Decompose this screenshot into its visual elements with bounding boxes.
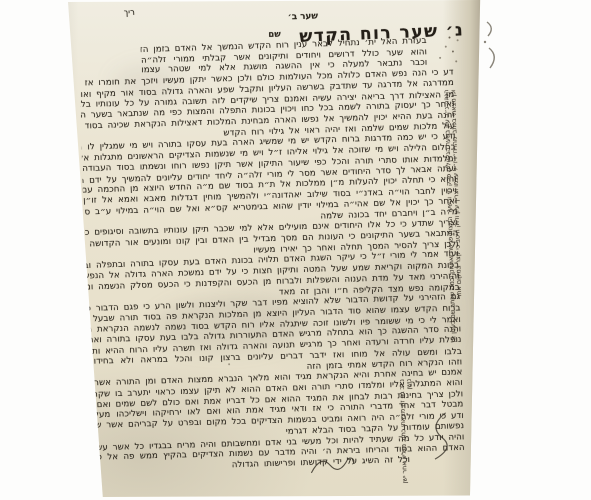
margin-gloss-line: נ״ב גם זה מצאתי כתוב מגליון אחר ישן נושן [399,379,416,493]
left-margin-note: שם [60,284,69,292]
gate-number-heading: שער ב׳ [288,11,318,22]
running-head-left: ריך [124,8,136,18]
left-margin-notes: נ״בע׳שםוכו׳ [49,0,473,6]
right-margin-gloss-column: נ״ב גם זה מצאתי כתוב מגליון אחר ישן נושן [399,379,424,494]
binding-marks [481,18,505,74]
gate-subheading: שם [268,30,281,40]
manuscript-page: ריך שער ב׳ שם נ׳ שער רוח הקדש בעזרת האל … [57,0,481,497]
page-content: ריך שער ב׳ שם נ׳ שער רוח הקדש בעזרת האל … [49,0,488,500]
ink-flourish [308,450,357,481]
left-margin-note: ע׳ [54,156,61,164]
manuscript-scan: ריך שער ב׳ שם נ׳ שער רוח הקדש בעזרת האל … [0,0,591,500]
left-margin-note: נ״ב [54,96,65,104]
ink-flourish [424,410,456,463]
left-margin-note: וכו׳ [67,392,77,400]
